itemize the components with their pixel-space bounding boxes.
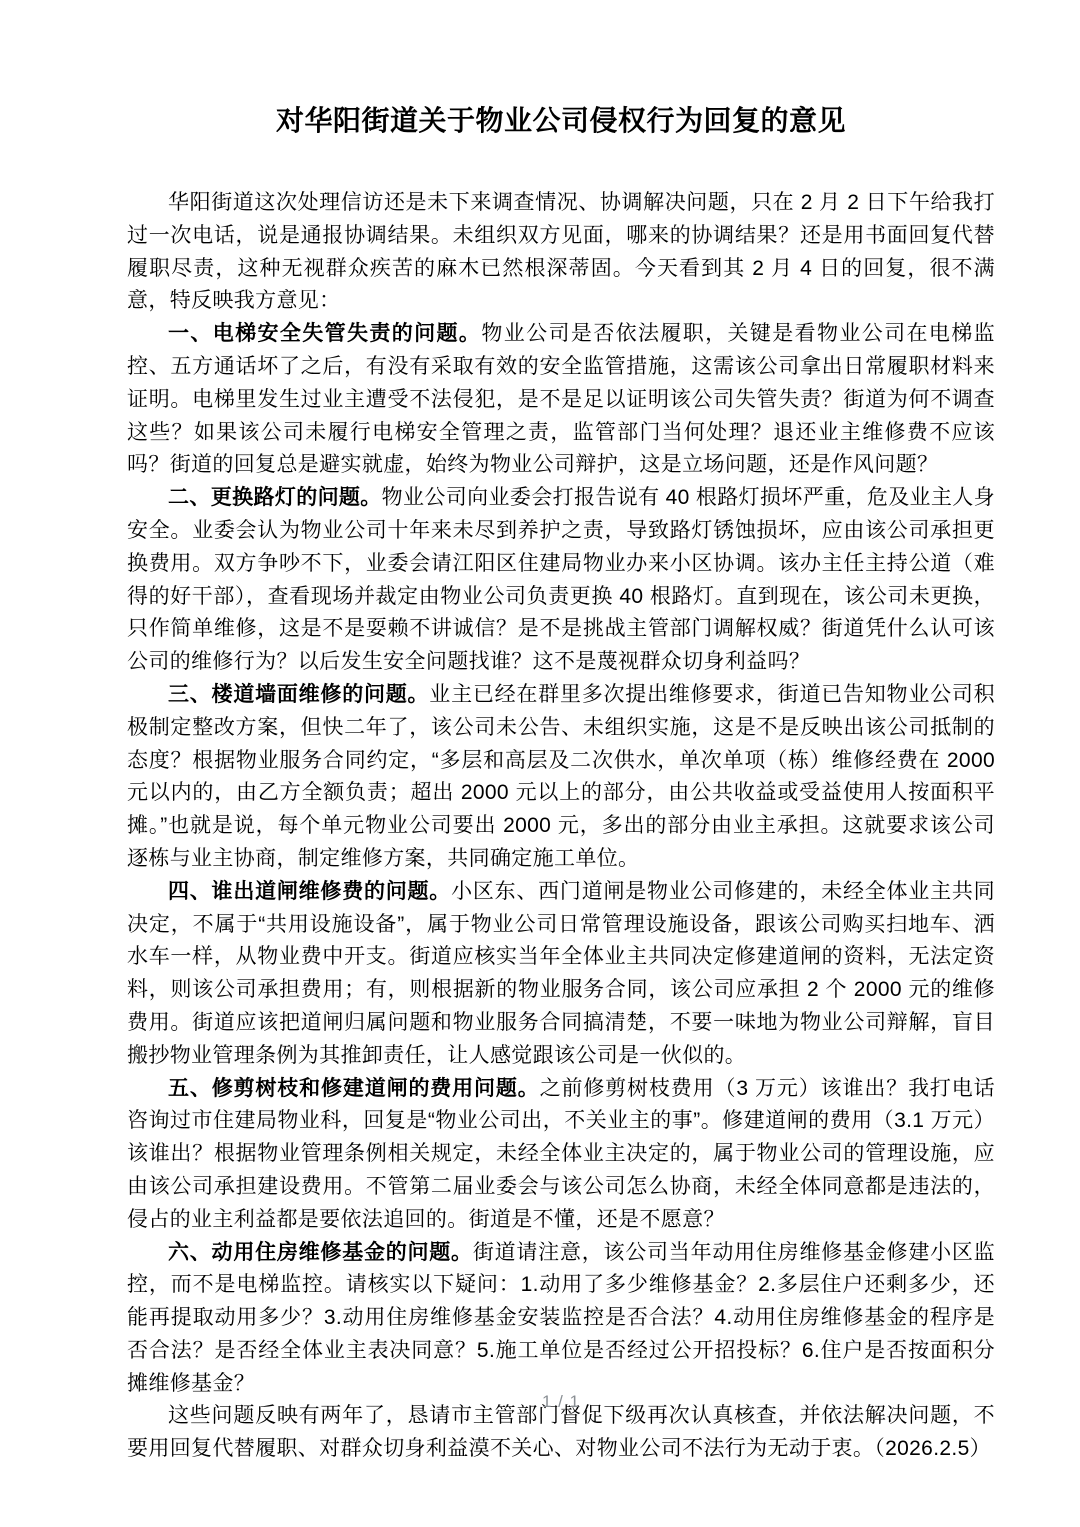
section-1-paragraph: 一、电梯安全失管失责的问题。物业公司是否依法履职，关键是看物业公司在电梯监控、五…: [127, 318, 995, 482]
section-1-text: 物业公司是否依法履职，关键是看物业公司在电梯监控、五方通话坏了之后，有没有采取有…: [127, 322, 995, 476]
section-3-paragraph: 三、楼道墙面维修的问题。业主已经在群里多次提出维修要求，街道已告知物业公司积极制…: [127, 679, 995, 876]
section-3-text: 业主已经在群里多次提出维修要求，街道已告知物业公司积极制定整改方案，但快二年了，…: [127, 683, 995, 870]
page-number: 1 / 1: [127, 1390, 995, 1414]
intro-text: 华阳街道这次处理信访还是未下来调查情况、协调解决问题，只在 2 月 2 日下午给…: [127, 191, 995, 312]
document-title: 对华阳街道关于物业公司侵权行为回复的意见: [127, 99, 995, 143]
section-2-text: 物业公司向业委会打报告说有 40 根路灯损坏严重，危及业主人身安全。业委会认为物…: [127, 486, 995, 673]
section-3-heading: 三、楼道墙面维修的问题。: [168, 683, 429, 706]
section-1-heading: 一、电梯安全失管失责的问题。: [168, 322, 481, 345]
section-6-paragraph: 六、动用住房维修基金的问题。街道请注意，该公司当年动用住房维修基金修建小区监控，…: [127, 1237, 995, 1401]
section-4-text: 小区东、西门道闸是物业公司修建的，未经全体业主共同决定，不属于“共用设施设备”，…: [127, 880, 995, 1067]
section-5-paragraph: 五、修剪树枝和修建道闸的费用问题。之前修剪树枝费用（3 万元）该谁出？我打电话咨…: [127, 1073, 995, 1237]
document-page: 对华阳街道关于物业公司侵权行为回复的意见 华阳街道这次处理信访还是未下来调查情况…: [0, 0, 1080, 1527]
document-content: 对华阳街道关于物业公司侵权行为回复的意见 华阳街道这次处理信访还是未下来调查情况…: [127, 99, 995, 1466]
section-4-heading: 四、谁出道闸维修费的问题。: [168, 880, 451, 903]
section-6-heading: 六、动用住房维修基金的问题。: [168, 1241, 473, 1264]
section-2-paragraph: 二、更换路灯的问题。物业公司向业委会打报告说有 40 根路灯损坏严重，危及业主人…: [127, 482, 995, 679]
section-2-heading: 二、更换路灯的问题。: [168, 486, 382, 509]
intro-paragraph: 华阳街道这次处理信访还是未下来调查情况、协调解决问题，只在 2 月 2 日下午给…: [127, 187, 995, 318]
section-5-heading: 五、修剪树枝和修建道闸的费用问题。: [168, 1077, 540, 1100]
section-4-paragraph: 四、谁出道闸维修费的问题。小区东、西门道闸是物业公司修建的，未经全体业主共同决定…: [127, 876, 995, 1073]
